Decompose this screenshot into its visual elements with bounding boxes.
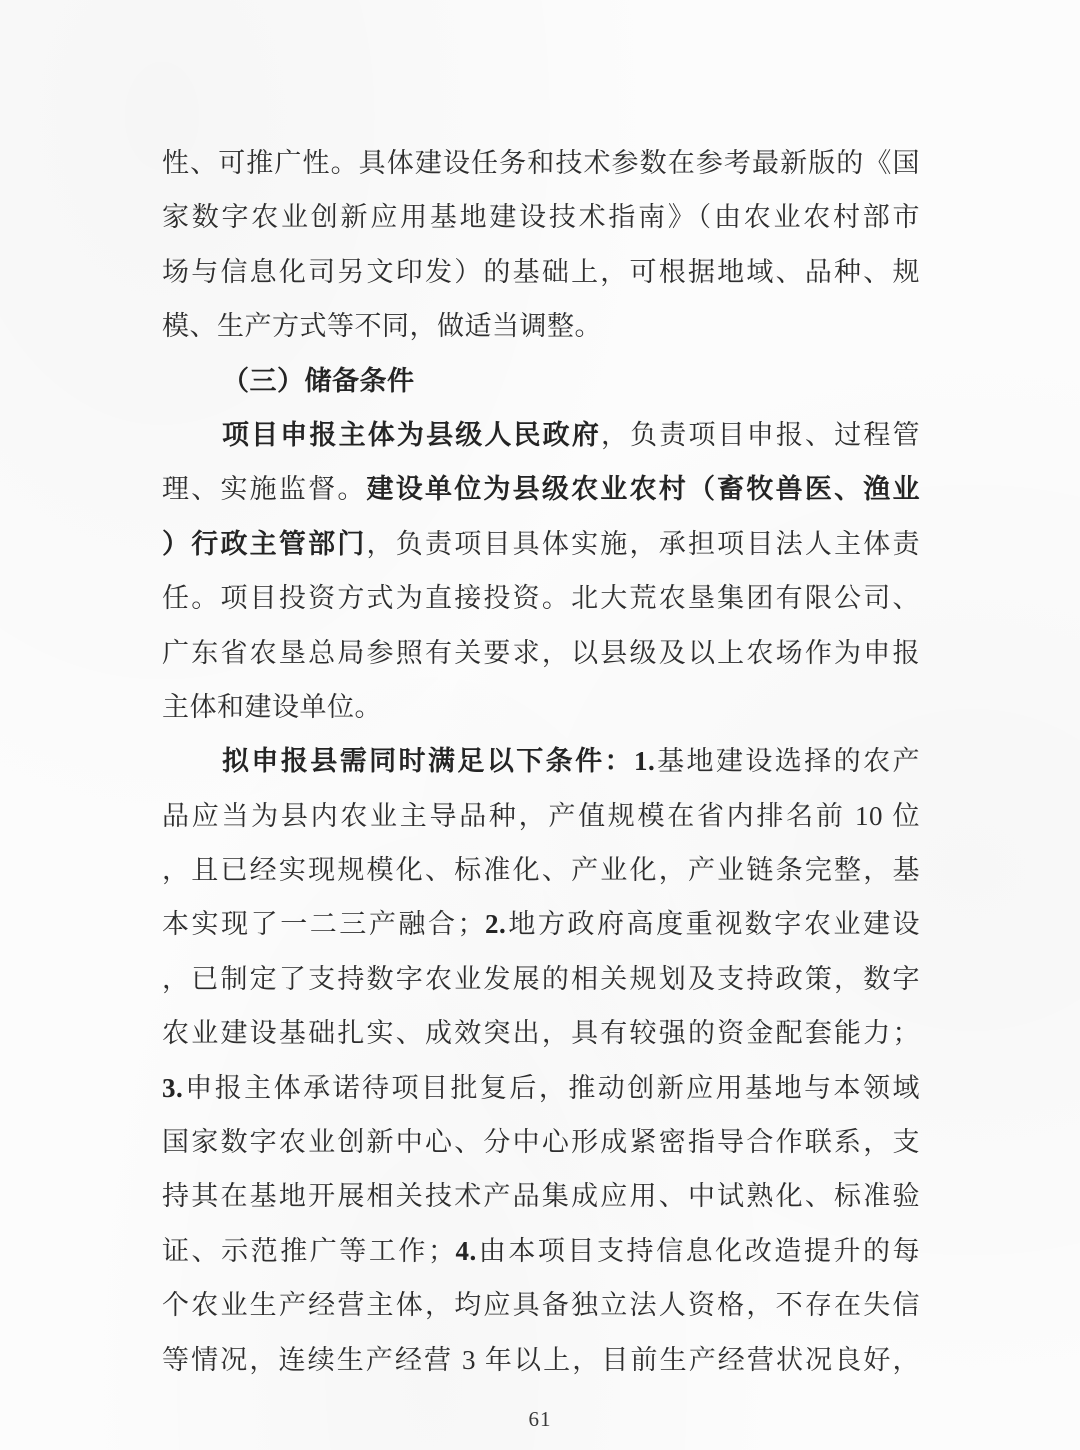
text-line: 任。项目投资方式为直接投资。北大荒农垦集团有限公司、 [162,571,920,625]
text-run: 模、生产方式等不同，做适当调整。 [162,311,602,341]
text-run: 农业建设基础扎实、成效突出，具有较强的资金配套能力； [162,1018,920,1048]
page-number: 61 [0,1404,1080,1434]
text-line: 证、示范推广等工作；4.由本项目支持信息化改造提升的每 [162,1224,920,1278]
text-line: 农业建设基础扎实、成效突出，具有较强的资金配套能力； [162,1006,920,1060]
text-line: 本实现了一二三产融合；2.地方政府高度重视数字农业建设 [162,897,920,951]
text-run: 等情况，连续生产经营 3 年以上，目前生产经营状况良好， [162,1345,920,1375]
text-run: 场与信息化司另文印发）的基础上，可根据地域、品种、规 [162,257,920,287]
text-run: ，且已经实现规模化、标准化、产业化，产业链条完整，基 [162,855,920,885]
text-run: 理、实施监督。 [162,474,367,504]
text-run: 基地建设选择的农产 [655,746,920,776]
text-run: 申报主体承诺待项目批复后，推动创新应用基地与本领域 [183,1073,920,1103]
document-body: 性、可推广性。具体建设任务和技术参数在参考最新版的《国家数字农业创新应用基地建设… [162,136,920,1387]
text-line: 拟申报县需同时满足以下条件：1.基地建设选择的农产 [162,734,920,788]
bold-text-run: 项目申报主体为县级人民政府 [222,420,601,450]
bold-text-run: 拟申报县需同时满足以下条件： [222,746,634,776]
text-run: 主体和建设单位。 [162,692,382,722]
text-run: 广东省农垦总局参照有关要求，以县级及以上农场作为申报 [162,638,920,668]
text-run: 地方政府高度重视数字农业建设 [506,909,920,939]
text-line: 理、实施监督。建设单位为县级农业农村（畜牧兽医、渔业 [162,462,920,516]
text-line: 主体和建设单位。 [162,680,920,734]
text-line: 性、可推广性。具体建设任务和技术参数在参考最新版的《国 [162,136,920,190]
text-run: 个农业生产经营主体，均应具备独立法人资格，不存在失信 [162,1290,920,1320]
text-line: （三）储备条件 [162,354,920,408]
bold-text-run: 2. [485,909,506,939]
text-run: ，已制定了支持数字农业发展的相关规划及支持政策，数字 [162,964,920,994]
text-line: 持其在基地开展相关技术产品集成应用、中试熟化、标准验 [162,1169,920,1223]
text-line: 家数字农业创新应用基地建设技术指南》（由农业农村部市 [162,190,920,244]
text-run: 本实现了一二三产融合； [162,909,485,939]
text-run: 由本项目支持信息化改造提升的每 [477,1236,920,1266]
text-run: 任。项目投资方式为直接投资。北大荒农垦集团有限公司、 [162,583,920,613]
text-line: 个农业生产经营主体，均应具备独立法人资格，不存在失信 [162,1278,920,1332]
text-line: 场与信息化司另文印发）的基础上，可根据地域、品种、规 [162,245,920,299]
text-line: 等情况，连续生产经营 3 年以上，目前生产经营状况良好， [162,1333,920,1387]
text-line: ）行政主管部门，负责项目具体实施，承担项目法人主体责 [162,517,920,571]
bold-text-run: ）行政主管部门 [162,529,367,559]
text-line: 广东省农垦总局参照有关要求，以县级及以上农场作为申报 [162,626,920,680]
text-run: 证、示范推广等工作； [162,1236,455,1266]
bold-text-run: 1. [634,746,655,776]
text-line: 3.申报主体承诺待项目批复后，推动创新应用基地与本领域 [162,1061,920,1115]
text-run: 性、可推广性。具体建设任务和技术参数在参考最新版的《国 [162,148,920,178]
bold-text-run: 3. [162,1073,183,1103]
text-line: 模、生产方式等不同，做适当调整。 [162,299,920,353]
text-run: 国家数字农业创新中心、分中心形成紧密指导合作联系，支 [162,1127,920,1157]
text-line: 品应当为县内农业主导品种，产值规模在省内排名前 10 位 [162,789,920,843]
text-run: 品应当为县内农业主导品种，产值规模在省内排名前 10 位 [162,801,920,831]
bold-text-run: 4. [455,1236,476,1266]
text-run: ，负责项目具体实施，承担项目法人主体责 [367,529,920,559]
text-run: ，负责项目申报、过程管 [601,420,920,450]
text-line: ，且已经实现规模化、标准化、产业化，产业链条完整，基 [162,843,920,897]
text-run: 持其在基地开展相关技术产品集成应用、中试熟化、标准验 [162,1181,920,1211]
text-line: 项目申报主体为县级人民政府，负责项目申报、过程管 [162,408,920,462]
text-line: 国家数字农业创新中心、分中心形成紧密指导合作联系，支 [162,1115,920,1169]
text-line: ，已制定了支持数字农业发展的相关规划及支持政策，数字 [162,952,920,1006]
bold-text-run: 建设单位为县级农业农村（畜牧兽医、渔业 [367,474,920,504]
text-run: 家数字农业创新应用基地建设技术指南》（由农业农村部市 [162,202,920,232]
document-page: 性、可推广性。具体建设任务和技术参数在参考最新版的《国家数字农业创新应用基地建设… [0,0,1080,1450]
bold-text-run: （三）储备条件 [222,366,415,396]
